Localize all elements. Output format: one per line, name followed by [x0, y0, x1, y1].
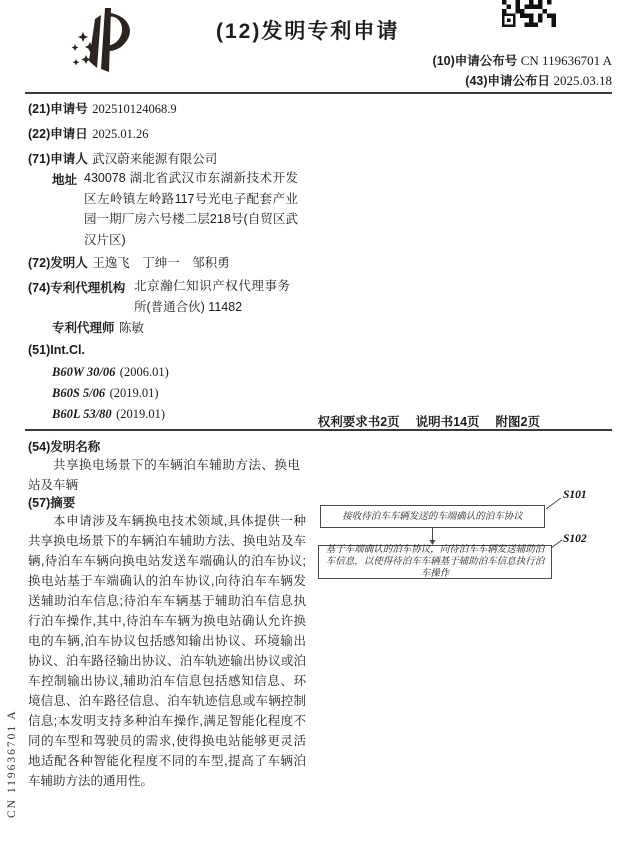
abstract-label: (57)摘要 — [28, 493, 75, 511]
classification-version: (2006.01) — [120, 365, 169, 379]
header-divider — [25, 92, 612, 94]
qr-code — [502, 0, 556, 27]
classification-code: B60W 30/06 — [52, 365, 115, 379]
pub-date-label: (43)申请公布日 — [465, 74, 550, 88]
flowchart-step-id: S101 — [563, 489, 587, 501]
invention-title-label: (54)发明名称 — [28, 437, 100, 455]
abstract-text: 本申请涉及车辆换电技术领域,具体提供一种共享换电场景下的车辆泊车辅助方法、换电站… — [28, 511, 306, 791]
intcl-label: (51)Int.Cl. — [28, 343, 85, 357]
applicant-label: (71)申请人 — [28, 152, 88, 166]
application-date-value: 2025.01.26 — [92, 127, 148, 141]
doc-type-title: (12)发明专利申请 — [216, 15, 399, 45]
section-divider — [25, 429, 612, 431]
agency-value: 北京瀚仁知识产权代理事务所(普通合伙) 11482 — [134, 276, 290, 317]
invention-title: 共享换电场景下的车辆泊车辅助方法、换电站及车辆 — [28, 455, 300, 495]
agency-label: (74)专利代理机构 — [28, 278, 125, 296]
pub-number-label: (10)申请公布号 — [433, 54, 518, 68]
patent-front-page: (12)发明专利申请 (10)申请公布号 CN 119636701 A (43)… — [0, 0, 630, 865]
address-value: 430078 湖北省武汉市东湖新技术开发区左岭镇左岭路117号光电子配套产业园一… — [84, 168, 298, 250]
application-number-row: (21)申请号 202510124068.9 — [28, 99, 177, 118]
applicant-row: (71)申请人 武汉蔚来能源有限公司 — [28, 149, 217, 168]
abstract-figure-flowchart: 接收待泊车车辆发送的车端确认的泊车协议 S101 基于车端确认的泊车协议，向待泊… — [305, 485, 625, 600]
pub-number-line: (10)申请公布号 CN 119636701 A — [433, 51, 612, 69]
classification-code: B60S 5/06 — [52, 386, 105, 400]
classification-code: B60L 53/80 — [52, 407, 112, 421]
inventors-label: (72)发明人 — [28, 256, 88, 270]
claims-pages: 权利要求书2页 — [318, 412, 400, 430]
application-date-label: (22)申请日 — [28, 127, 88, 141]
application-number-label: (21)申请号 — [28, 102, 88, 116]
classification-row: B60W 30/06 (2006.01) — [52, 363, 169, 381]
inventors-value: 王逸飞 丁绅一 邹积勇 — [92, 256, 230, 270]
flowchart-step-box: 接收待泊车车辆发送的车端确认的泊车协议 — [320, 505, 545, 528]
classification-row: B60L 53/80 (2019.01) — [52, 405, 165, 423]
classification-version: (2019.01) — [110, 386, 159, 400]
pub-date-value: 2025.03.18 — [554, 73, 613, 88]
agent-row: 专利代理师 陈敏 — [52, 318, 144, 337]
cnipa-logo-icon — [64, 6, 140, 82]
application-number-value: 202510124068.9 — [92, 102, 176, 116]
pub-number-value: CN 119636701 A — [521, 53, 612, 68]
applicant-value: 武汉蔚来能源有限公司 — [92, 152, 217, 166]
drawings-pages: 附图2页 — [496, 412, 540, 430]
classification-row: B60S 5/06 (2019.01) — [52, 384, 159, 402]
vertical-doc-id: CN 119636701 A — [6, 688, 18, 818]
application-date-row: (22)申请日 2025.01.26 — [28, 124, 148, 143]
flowchart-step-box: 基于车端确认的泊车协议，向待泊车车辆发送辅助泊车信息，以使得待泊车车辆基于辅助泊… — [318, 545, 552, 579]
description-pages: 说明书14页 — [416, 412, 480, 430]
inventors-row: (72)发明人 王逸飞 丁绅一 邹积勇 — [28, 253, 230, 272]
pub-date-line: (43)申请公布日 2025.03.18 — [465, 71, 612, 89]
address-label: 地址 — [52, 170, 77, 188]
agent-label: 专利代理师 — [52, 321, 115, 335]
classification-version: (2019.01) — [116, 407, 165, 421]
pages-summary: 权利要求书2页 说明书14页 附图2页 — [318, 412, 540, 430]
agent-value: 陈敏 — [119, 321, 144, 335]
flowchart-step-id: S102 — [563, 533, 587, 545]
